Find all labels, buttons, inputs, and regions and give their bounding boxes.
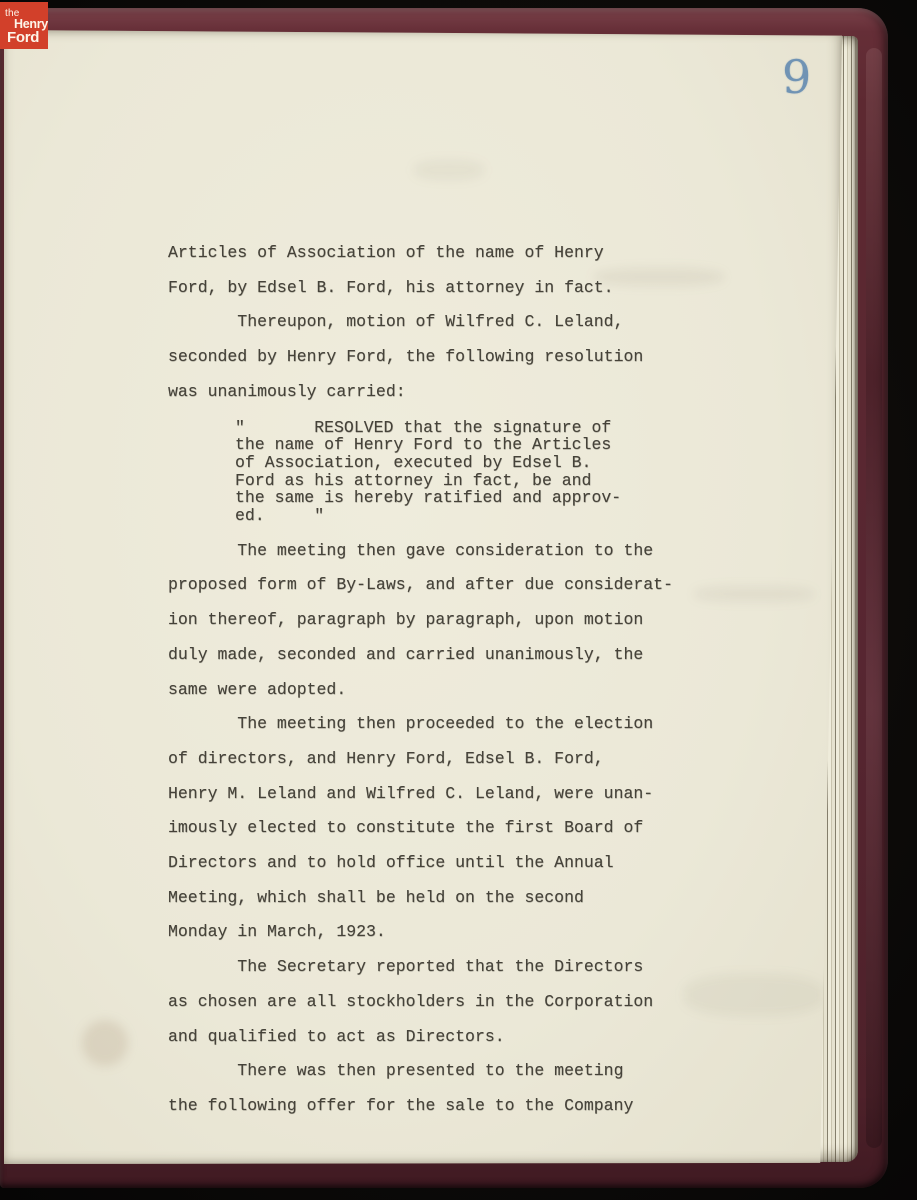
henry-ford-logo: the Henry Ford bbox=[0, 2, 48, 49]
photo-scene: 9 Articles of Association of the name of… bbox=[0, 0, 917, 1200]
bleed-through-mark bbox=[414, 160, 484, 180]
resolution-blockquote: " RESOLVED that the signature of the nam… bbox=[235, 419, 728, 525]
logo-word-ford: Ford bbox=[7, 29, 39, 46]
page-number-stamp: 9 bbox=[782, 54, 811, 100]
paragraphs-top: Articles of Association of the name of H… bbox=[168, 236, 728, 410]
paper-stain bbox=[82, 1020, 128, 1066]
document-page: 9 Articles of Association of the name of… bbox=[4, 30, 842, 1164]
paragraphs-bottom: The meeting then gave consideration to t… bbox=[168, 534, 728, 1124]
typewritten-text: Articles of Association of the name of H… bbox=[168, 236, 728, 1124]
